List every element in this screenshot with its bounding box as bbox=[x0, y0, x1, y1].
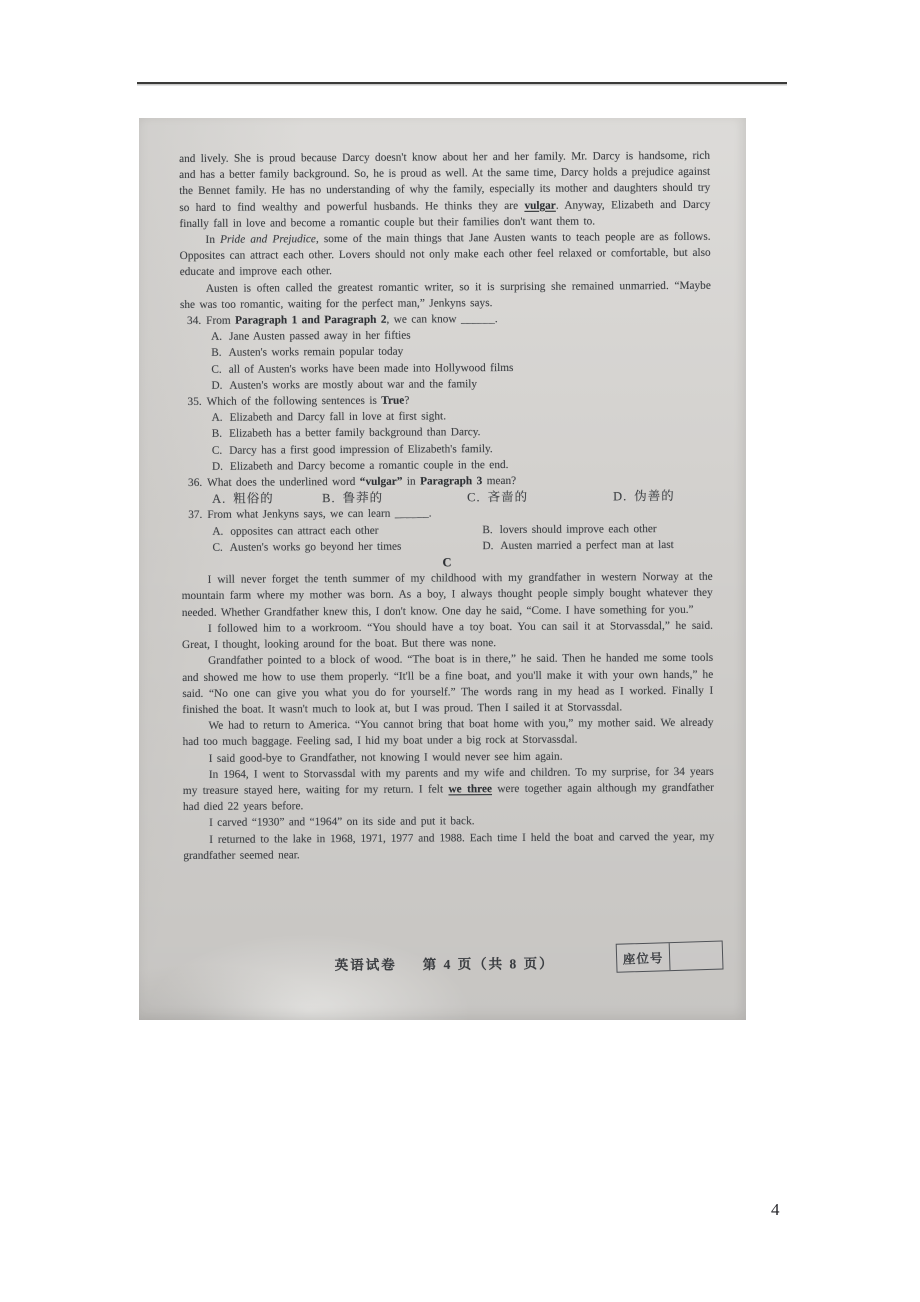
question-34: 34.From Paragraph 1 and Paragraph 2, we … bbox=[180, 310, 711, 394]
exam-title: 英语试卷 bbox=[335, 957, 397, 972]
option-36-b: B.鲁莽的 bbox=[322, 490, 467, 507]
option-36-c: C.吝啬的 bbox=[467, 489, 613, 506]
exam-content: and lively. She is proud because Darcy d… bbox=[179, 148, 714, 864]
option-36-a: A.粗俗的 bbox=[212, 490, 322, 507]
option-37-c: C.Austen's works go beyond her times bbox=[212, 538, 482, 556]
underlined-phrase-we-three: we three bbox=[448, 783, 492, 795]
question-37-options-row-2: C.Austen's works go beyond her times D.A… bbox=[181, 537, 712, 556]
bold-phrase: True bbox=[381, 395, 404, 407]
seat-number-label: 座位号 bbox=[617, 943, 671, 972]
question-35: 35.Which of the following sentences is T… bbox=[180, 391, 711, 475]
option-37-d: D.Austen married a perfect man at last bbox=[482, 537, 712, 555]
bold-phrase: Paragraph 1 and Paragraph 2 bbox=[235, 314, 386, 327]
question-number: 37. bbox=[188, 509, 202, 521]
scanned-exam-page: and lively. She is proud because Darcy d… bbox=[139, 118, 746, 1020]
bold-phrase: “vulgar” bbox=[360, 476, 403, 488]
question-number: 36. bbox=[188, 477, 202, 489]
option-37-b: B.lovers should improve each other bbox=[482, 520, 712, 538]
page-indicator: 第 4 页（共 8 页） bbox=[423, 956, 555, 972]
underlined-word-vulgar: vulgar bbox=[524, 199, 555, 211]
question-number: 34. bbox=[187, 315, 201, 327]
passage-c-paragraph: We had to return to America. “You cannot… bbox=[182, 715, 713, 751]
book-title-pride-and-prejudice: Pride and Prejudice bbox=[220, 233, 316, 246]
page-footer: 英语试卷第 4 页（共 8 页） 座位号 bbox=[179, 942, 710, 986]
passage-b-paragraph-continued: and lively. She is proud because Darcy d… bbox=[179, 148, 710, 232]
passage-b-paragraph: Austen is often called the greatest roma… bbox=[180, 277, 711, 313]
passage-c-paragraph: I returned to the lake in 1968, 1971, 19… bbox=[183, 828, 714, 864]
answer-blank: ______ bbox=[395, 508, 429, 520]
question-number: 35. bbox=[187, 396, 201, 408]
option-37-a: A.opposites can attract each other bbox=[212, 522, 482, 540]
top-rule-divider bbox=[137, 82, 787, 84]
passage-c-paragraph: I will never forget the tenth summer of … bbox=[182, 569, 713, 621]
passage-text: In bbox=[206, 234, 221, 246]
option-36-d: D.伪善的 bbox=[613, 488, 712, 505]
question-36-options-row: A.粗俗的 B.鲁莽的 C.吝啬的 D.伪善的 bbox=[181, 488, 712, 507]
question-37: 37.From what Jenkyns says, we can learn … bbox=[181, 504, 712, 556]
question-36: 36.What does the underlined word “vulgar… bbox=[181, 472, 712, 508]
document-page-number: 4 bbox=[771, 1200, 780, 1220]
answer-blank: ______ bbox=[461, 313, 495, 325]
bold-phrase: Paragraph 3 bbox=[420, 475, 482, 487]
passage-b-paragraph: In Pride and Prejudice, some of the main… bbox=[179, 229, 710, 281]
seat-number-box: 座位号 bbox=[616, 941, 724, 973]
passage-c-paragraph: Grandfather pointed to a block of wood. … bbox=[182, 650, 713, 718]
passage-c-paragraph: In 1964, I went to Storvassdal with my p… bbox=[183, 763, 714, 815]
seat-number-field bbox=[670, 942, 723, 971]
passage-c-paragraph: I followed him to a workroom. “You shoul… bbox=[182, 618, 713, 654]
